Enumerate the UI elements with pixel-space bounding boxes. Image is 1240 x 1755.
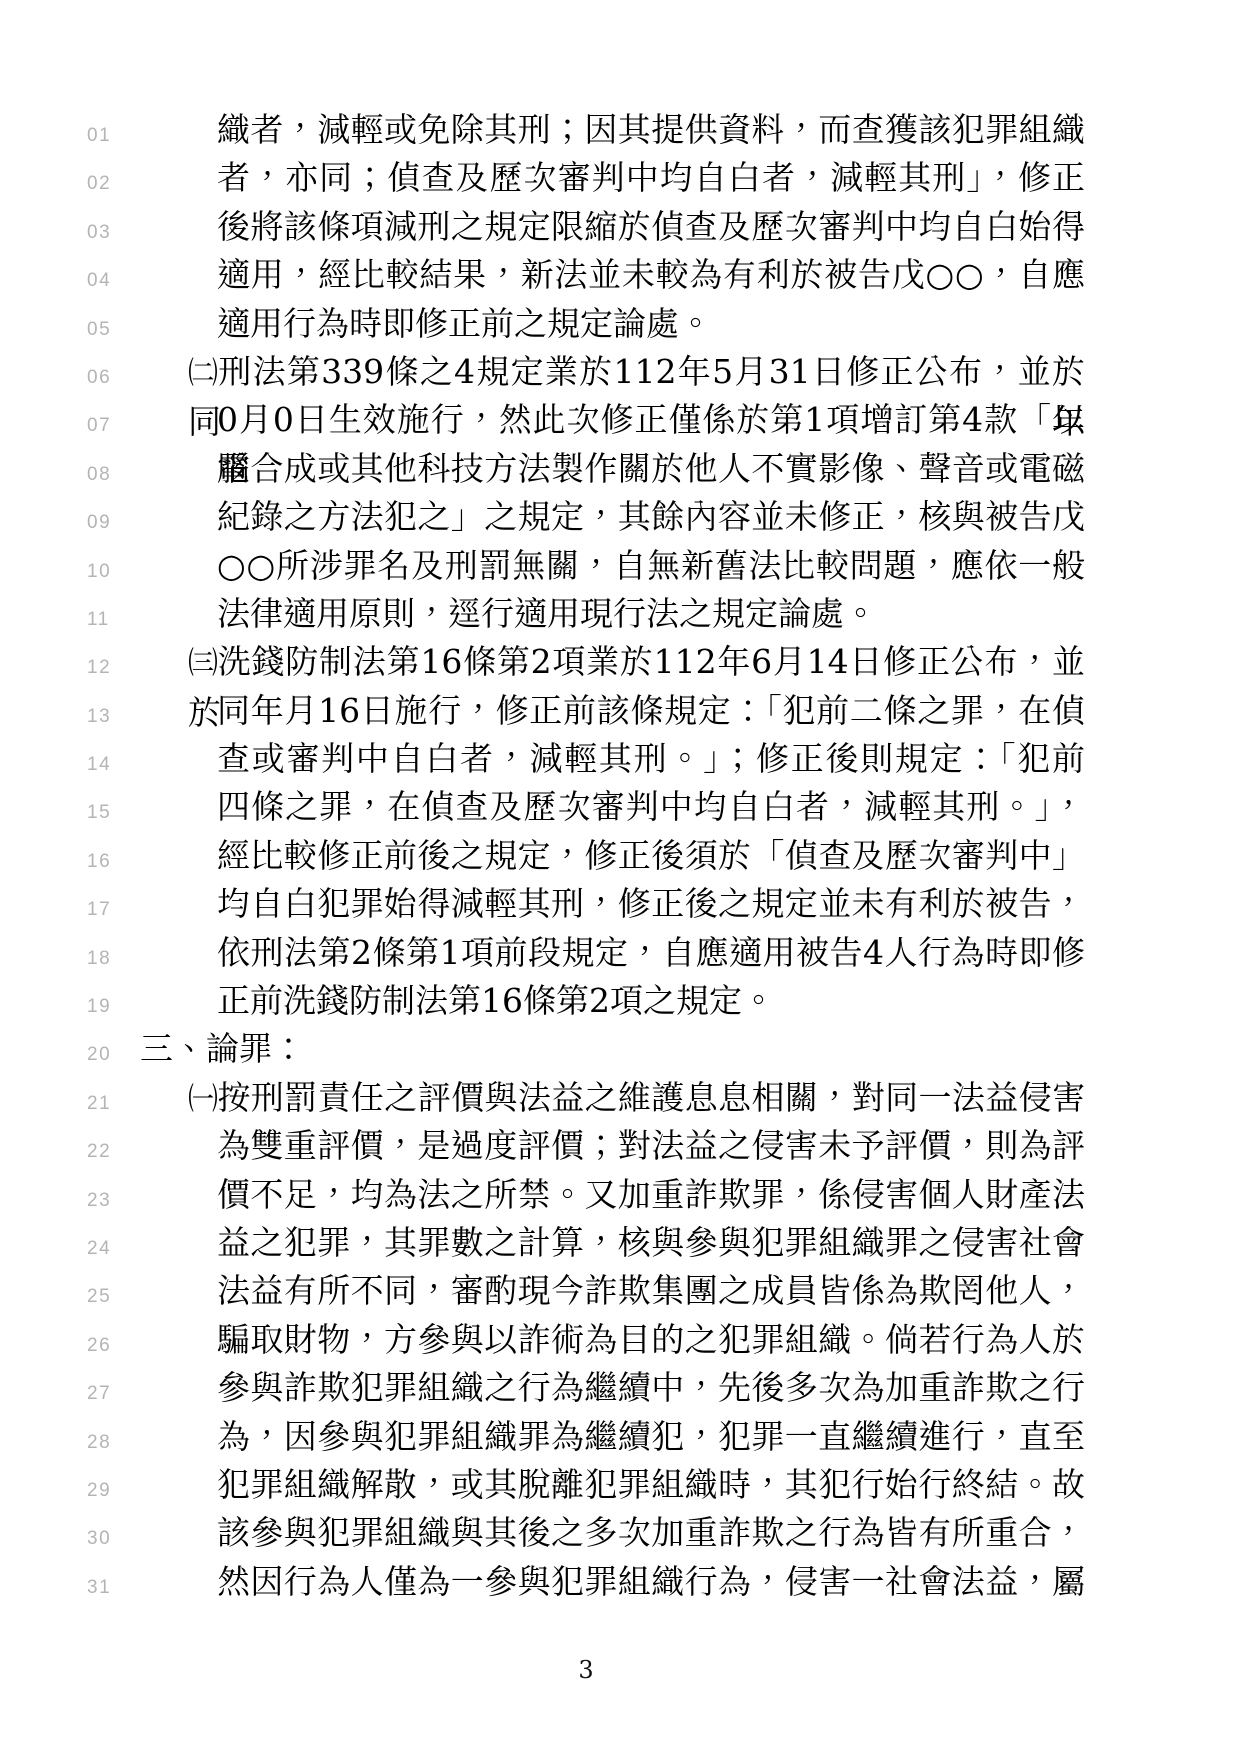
line-text: 查或審判中自白者，減輕其刑。」；修正後則規定：「犯前 — [140, 735, 1085, 783]
line-number: 29 — [87, 1480, 140, 1502]
line-text: 適用，經比較結果，新法並未較為有利於被告戊○○，自應 — [140, 251, 1085, 299]
line-text: 腦合成或其他科技方法製作關於他人不實影像、聲音或電磁 — [140, 445, 1085, 493]
text-line: 22 為雙重評價，是過度評價；對法益之侵害未予評價，則為評 — [87, 1122, 1085, 1170]
line-number: 13 — [87, 706, 140, 728]
line-text: 經比較修正前後之規定，修正後須於「偵查及歷次審判中」 — [140, 832, 1085, 880]
line-text-content: 依刑法第2條第1項前段規定，自應適用被告4人行為時即修 — [217, 933, 1085, 972]
line-number: 17 — [87, 899, 140, 921]
text-line: 02 者，亦同；偵查及歷次審判中均自白者，減輕其刑」，修正 — [87, 154, 1085, 202]
text-line: 31 然因行為人僅為一參與犯罪組織行為，侵害一社會法益，屬 — [87, 1558, 1085, 1606]
line-number: 30 — [87, 1528, 140, 1550]
page-number: 3 — [578, 1656, 593, 1684]
line-number: 21 — [87, 1093, 140, 1115]
text-line: 01 織者，減輕或免除其刑；因其提供資料，而查獲該犯罪組織 — [87, 106, 1085, 154]
line-text-content: 同年月16日施行，修正前該條規定：「犯前二條之罪，在偵 — [217, 691, 1085, 730]
line-text-content: ○○所涉罪名及刑罰無關，自無新舊法比較問題，應依一般 — [217, 546, 1085, 585]
line-text-content: 按刑罰責任之評價與法益之維護息息相關，對同一法益侵害 — [217, 1078, 1085, 1117]
line-number: 04 — [87, 270, 140, 292]
text-line: 25 法益有所不同，審酌現今詐欺集團之成員皆係為欺罔他人， — [87, 1267, 1085, 1315]
line-number: 10 — [87, 561, 140, 583]
text-line: 03 後將該條項減刑之規定限縮於偵查及歷次審判中均自白始得 — [87, 203, 1085, 251]
line-number: 27 — [87, 1383, 140, 1405]
line-text: 該參與犯罪組織與其後之多次加重詐欺之行為皆有所重合， — [140, 1509, 1085, 1557]
line-text: 價不足，均為法之所禁。又加重詐欺罪，係侵害個人財產法 — [140, 1171, 1085, 1219]
line-text: 織者，減輕或免除其刑；因其提供資料，而查獲該犯罪組織 — [140, 106, 1085, 154]
line-text-content: 四條之罪，在偵查及歷次審判中均自白者，減輕其刑。」， — [217, 787, 1085, 826]
line-text-content: 後將該條項減刑之規定限縮於偵查及歷次審判中均自白始得 — [217, 207, 1085, 246]
line-number: 15 — [87, 802, 140, 824]
line-text-content: 均自白犯罪始得減輕其刑，修正後之規定並未有利於被告， — [217, 884, 1085, 923]
line-text-content: 犯罪組織解散，或其脫離犯罪組織時，其犯行始行終結。故 — [217, 1465, 1085, 1504]
line-number: 26 — [87, 1335, 140, 1357]
text-line: 10 ○○所涉罪名及刑罰無關，自無新舊法比較問題，應依一般 — [87, 542, 1085, 590]
text-line: 13 同年月16日施行，修正前該條規定：「犯前二條之罪，在偵 — [87, 687, 1085, 735]
line-text-content: 為雙重評價，是過度評價；對法益之侵害未予評價，則為評 — [217, 1126, 1085, 1165]
text-line: 26 騙取財物，方參與以詐術為目的之犯罪組織。倘若行為人於 — [87, 1316, 1085, 1364]
line-text: 同年月16日施行，修正前該條規定：「犯前二條之罪，在偵 — [140, 687, 1085, 735]
text-line: 21 ㈠按刑罰責任之評價與法益之維護息息相關，對同一法益侵害 — [87, 1074, 1085, 1122]
text-line: 11 法律適用原則，逕行適用現行法之規定論處。 — [87, 590, 1085, 638]
line-number: 02 — [87, 173, 140, 195]
text-line: 06 ㈡刑法第339條之4規定業於112年5月31日修正公布，並於同年 — [87, 348, 1085, 396]
line-number: 25 — [87, 1286, 140, 1308]
text-line: 24 益之犯罪，其罪數之計算，核與參與犯罪組織罪之侵害社會 — [87, 1219, 1085, 1267]
line-text-content: 適用行為時即修正前之規定論處。 — [217, 304, 712, 343]
text-line: 04 適用，經比較結果，新法並未較為有利於被告戊○○，自應 — [87, 251, 1085, 299]
line-number: 12 — [87, 657, 140, 679]
line-text-content: 正前洗錢防制法第16條第2項之規定。 — [217, 981, 775, 1020]
line-text-content: 查或審判中自白者，減輕其刑。」；修正後則規定：「犯前 — [217, 739, 1085, 778]
line-number: 31 — [87, 1577, 140, 1599]
line-text: 者，亦同；偵查及歷次審判中均自白者，減輕其刑」，修正 — [140, 154, 1085, 202]
line-text-content: 法益有所不同，審酌現今詐欺集團之成員皆係為欺罔他人， — [217, 1271, 1085, 1310]
line-text-content: 參與詐欺犯罪組織之行為繼續中，先後多次為加重詐欺之行 — [217, 1368, 1085, 1407]
line-text: 為雙重評價，是過度評價；對法益之侵害未予評價，則為評 — [140, 1122, 1085, 1170]
line-number: 14 — [87, 754, 140, 776]
line-number: 18 — [87, 948, 140, 970]
line-number: 03 — [87, 222, 140, 244]
text-line: 29 犯罪組織解散，或其脫離犯罪組織時，其犯行始行終結。故 — [87, 1461, 1085, 1509]
line-text-content: 騙取財物，方參與以詐術為目的之犯罪組織。倘若行為人於 — [217, 1320, 1085, 1359]
line-text: ㈠按刑罰責任之評價與法益之維護息息相關，對同一法益侵害 — [140, 1074, 1085, 1124]
line-number: 07 — [87, 415, 140, 437]
text-line: 16 經比較修正前後之規定，修正後須於「偵查及歷次審判中」 — [87, 832, 1085, 880]
line-text-content: 該參與犯罪組織與其後之多次加重詐欺之行為皆有所重合， — [217, 1513, 1085, 1552]
line-number: 05 — [87, 319, 140, 341]
line-text: 三、論罪： — [140, 1025, 1085, 1073]
line-number: 09 — [87, 512, 140, 534]
line-text: 均自白犯罪始得減輕其刑，修正後之規定並未有利於被告， — [140, 880, 1085, 928]
line-text-content: 價不足，均為法之所禁。又加重詐欺罪，係侵害個人財產法 — [217, 1175, 1085, 1214]
line-text: 四條之罪，在偵查及歷次審判中均自白者，減輕其刑。」， — [140, 783, 1085, 831]
line-number: 23 — [87, 1190, 140, 1212]
line-number: 01 — [87, 125, 140, 147]
line-text-content: 法律適用原則，逕行適用現行法之規定論處。 — [217, 594, 877, 633]
line-text-content: 織者，減輕或免除其刑；因其提供資料，而查獲該犯罪組織 — [217, 110, 1085, 149]
line-text-content: 紀錄之方法犯之」之規定，其餘內容並未修正，核與被告戊 — [217, 497, 1085, 536]
line-text: 紀錄之方法犯之」之規定，其餘內容並未修正，核與被告戊 — [140, 493, 1085, 541]
line-text: 適用行為時即修正前之規定論處。 — [140, 300, 1085, 348]
line-text: 為，因參與犯罪組織罪為繼續犯，犯罪一直繼續進行，直至 — [140, 1413, 1085, 1461]
line-text-content: 然因行為人僅為一參與犯罪組織行為，侵害一社會法益，屬 — [217, 1562, 1085, 1601]
line-text-content: 經比較修正前後之規定，修正後須於「偵查及歷次審判中」 — [217, 836, 1085, 875]
line-number: 11 — [87, 609, 140, 631]
line-text: 犯罪組織解散，或其脫離犯罪組織時，其犯行始行終結。故 — [140, 1461, 1085, 1509]
line-text: 法益有所不同，審酌現今詐欺集團之成員皆係為欺罔他人， — [140, 1267, 1085, 1315]
text-line: 19 正前洗錢防制法第16條第2項之規定。 — [87, 977, 1085, 1025]
item-marker: ㈠ — [188, 1076, 217, 1124]
page-footer: 3 — [87, 1656, 1085, 1684]
text-line: 14 查或審判中自白者，減輕其刑。」；修正後則規定：「犯前 — [87, 735, 1085, 783]
line-text-content: 三、論罪： — [140, 1029, 305, 1068]
line-text: 然因行為人僅為一參與犯罪組織行為，侵害一社會法益，屬 — [140, 1558, 1085, 1606]
text-line: 27 參與詐欺犯罪組織之行為繼續中，先後多次為加重詐欺之行 — [87, 1364, 1085, 1412]
document-body: 01 織者，減輕或免除其刑；因其提供資料，而查獲該犯罪組織 02 者，亦同；偵查… — [87, 106, 1085, 1606]
line-number: 16 — [87, 851, 140, 873]
line-text: 依刑法第2條第1項前段規定，自應適用被告4人行為時即修 — [140, 929, 1085, 977]
text-line: 07 0月0日生效施行，然此次修正僅係於第1項增訂第4款「以電 — [87, 396, 1085, 444]
line-text: 正前洗錢防制法第16條第2項之規定。 — [140, 977, 1085, 1025]
item-marker: ㈢ — [188, 640, 217, 688]
line-text-content: 者，亦同；偵查及歷次審判中均自白者，減輕其刑」，修正 — [217, 158, 1085, 197]
item-marker: ㈡ — [188, 350, 217, 398]
line-text-content: 適用，經比較結果，新法並未較為有利於被告戊○○，自應 — [217, 255, 1085, 294]
line-number: 24 — [87, 1238, 140, 1260]
line-number: 06 — [87, 367, 140, 389]
text-line: 23 價不足，均為法之所禁。又加重詐欺罪，係侵害個人財產法 — [87, 1171, 1085, 1219]
line-text: 騙取財物，方參與以詐術為目的之犯罪組織。倘若行為人於 — [140, 1316, 1085, 1364]
line-number: 20 — [87, 1044, 140, 1066]
line-number: 28 — [87, 1432, 140, 1454]
line-text: 後將該條項減刑之規定限縮於偵查及歷次審判中均自白始得 — [140, 203, 1085, 251]
text-line: 18 依刑法第2條第1項前段規定，自應適用被告4人行為時即修 — [87, 929, 1085, 977]
text-line: 15 四條之罪，在偵查及歷次審判中均自白者，減輕其刑。」， — [87, 783, 1085, 831]
line-text-content: 益之犯罪，其罪數之計算，核與參與犯罪組織罪之侵害社會 — [217, 1223, 1085, 1262]
text-line: 17 均自白犯罪始得減輕其刑，修正後之規定並未有利於被告， — [87, 880, 1085, 928]
judgment-document-page: 01 織者，減輕或免除其刑；因其提供資料，而查獲該犯罪組織 02 者，亦同；偵查… — [0, 0, 1240, 1755]
line-number: 19 — [87, 996, 140, 1018]
line-text: ○○所涉罪名及刑罰無關，自無新舊法比較問題，應依一般 — [140, 542, 1085, 590]
text-line: 20 三、論罪： — [87, 1025, 1085, 1073]
line-text: 參與詐欺犯罪組織之行為繼續中，先後多次為加重詐欺之行 — [140, 1364, 1085, 1412]
line-number: 08 — [87, 464, 140, 486]
text-line: 12 ㈢洗錢防制法第16條第2項業於112年6月14日修正公布，並於 — [87, 638, 1085, 686]
line-text-content: 腦合成或其他科技方法製作關於他人不實影像、聲音或電磁 — [217, 449, 1085, 488]
line-text-content: 為，因參與犯罪組織罪為繼續犯，犯罪一直繼續進行，直至 — [217, 1417, 1085, 1456]
line-text: 法律適用原則，逕行適用現行法之規定論處。 — [140, 590, 1085, 638]
text-line: 08 腦合成或其他科技方法製作關於他人不實影像、聲音或電磁 — [87, 445, 1085, 493]
text-line: 28 為，因參與犯罪組織罪為繼續犯，犯罪一直繼續進行，直至 — [87, 1413, 1085, 1461]
text-line: 09 紀錄之方法犯之」之規定，其餘內容並未修正，核與被告戊 — [87, 493, 1085, 541]
line-text: 益之犯罪，其罪數之計算，核與參與犯罪組織罪之侵害社會 — [140, 1219, 1085, 1267]
text-line: 30 該參與犯罪組織與其後之多次加重詐欺之行為皆有所重合， — [87, 1509, 1085, 1557]
line-number: 22 — [87, 1141, 140, 1163]
text-line: 05 適用行為時即修正前之規定論處。 — [87, 300, 1085, 348]
